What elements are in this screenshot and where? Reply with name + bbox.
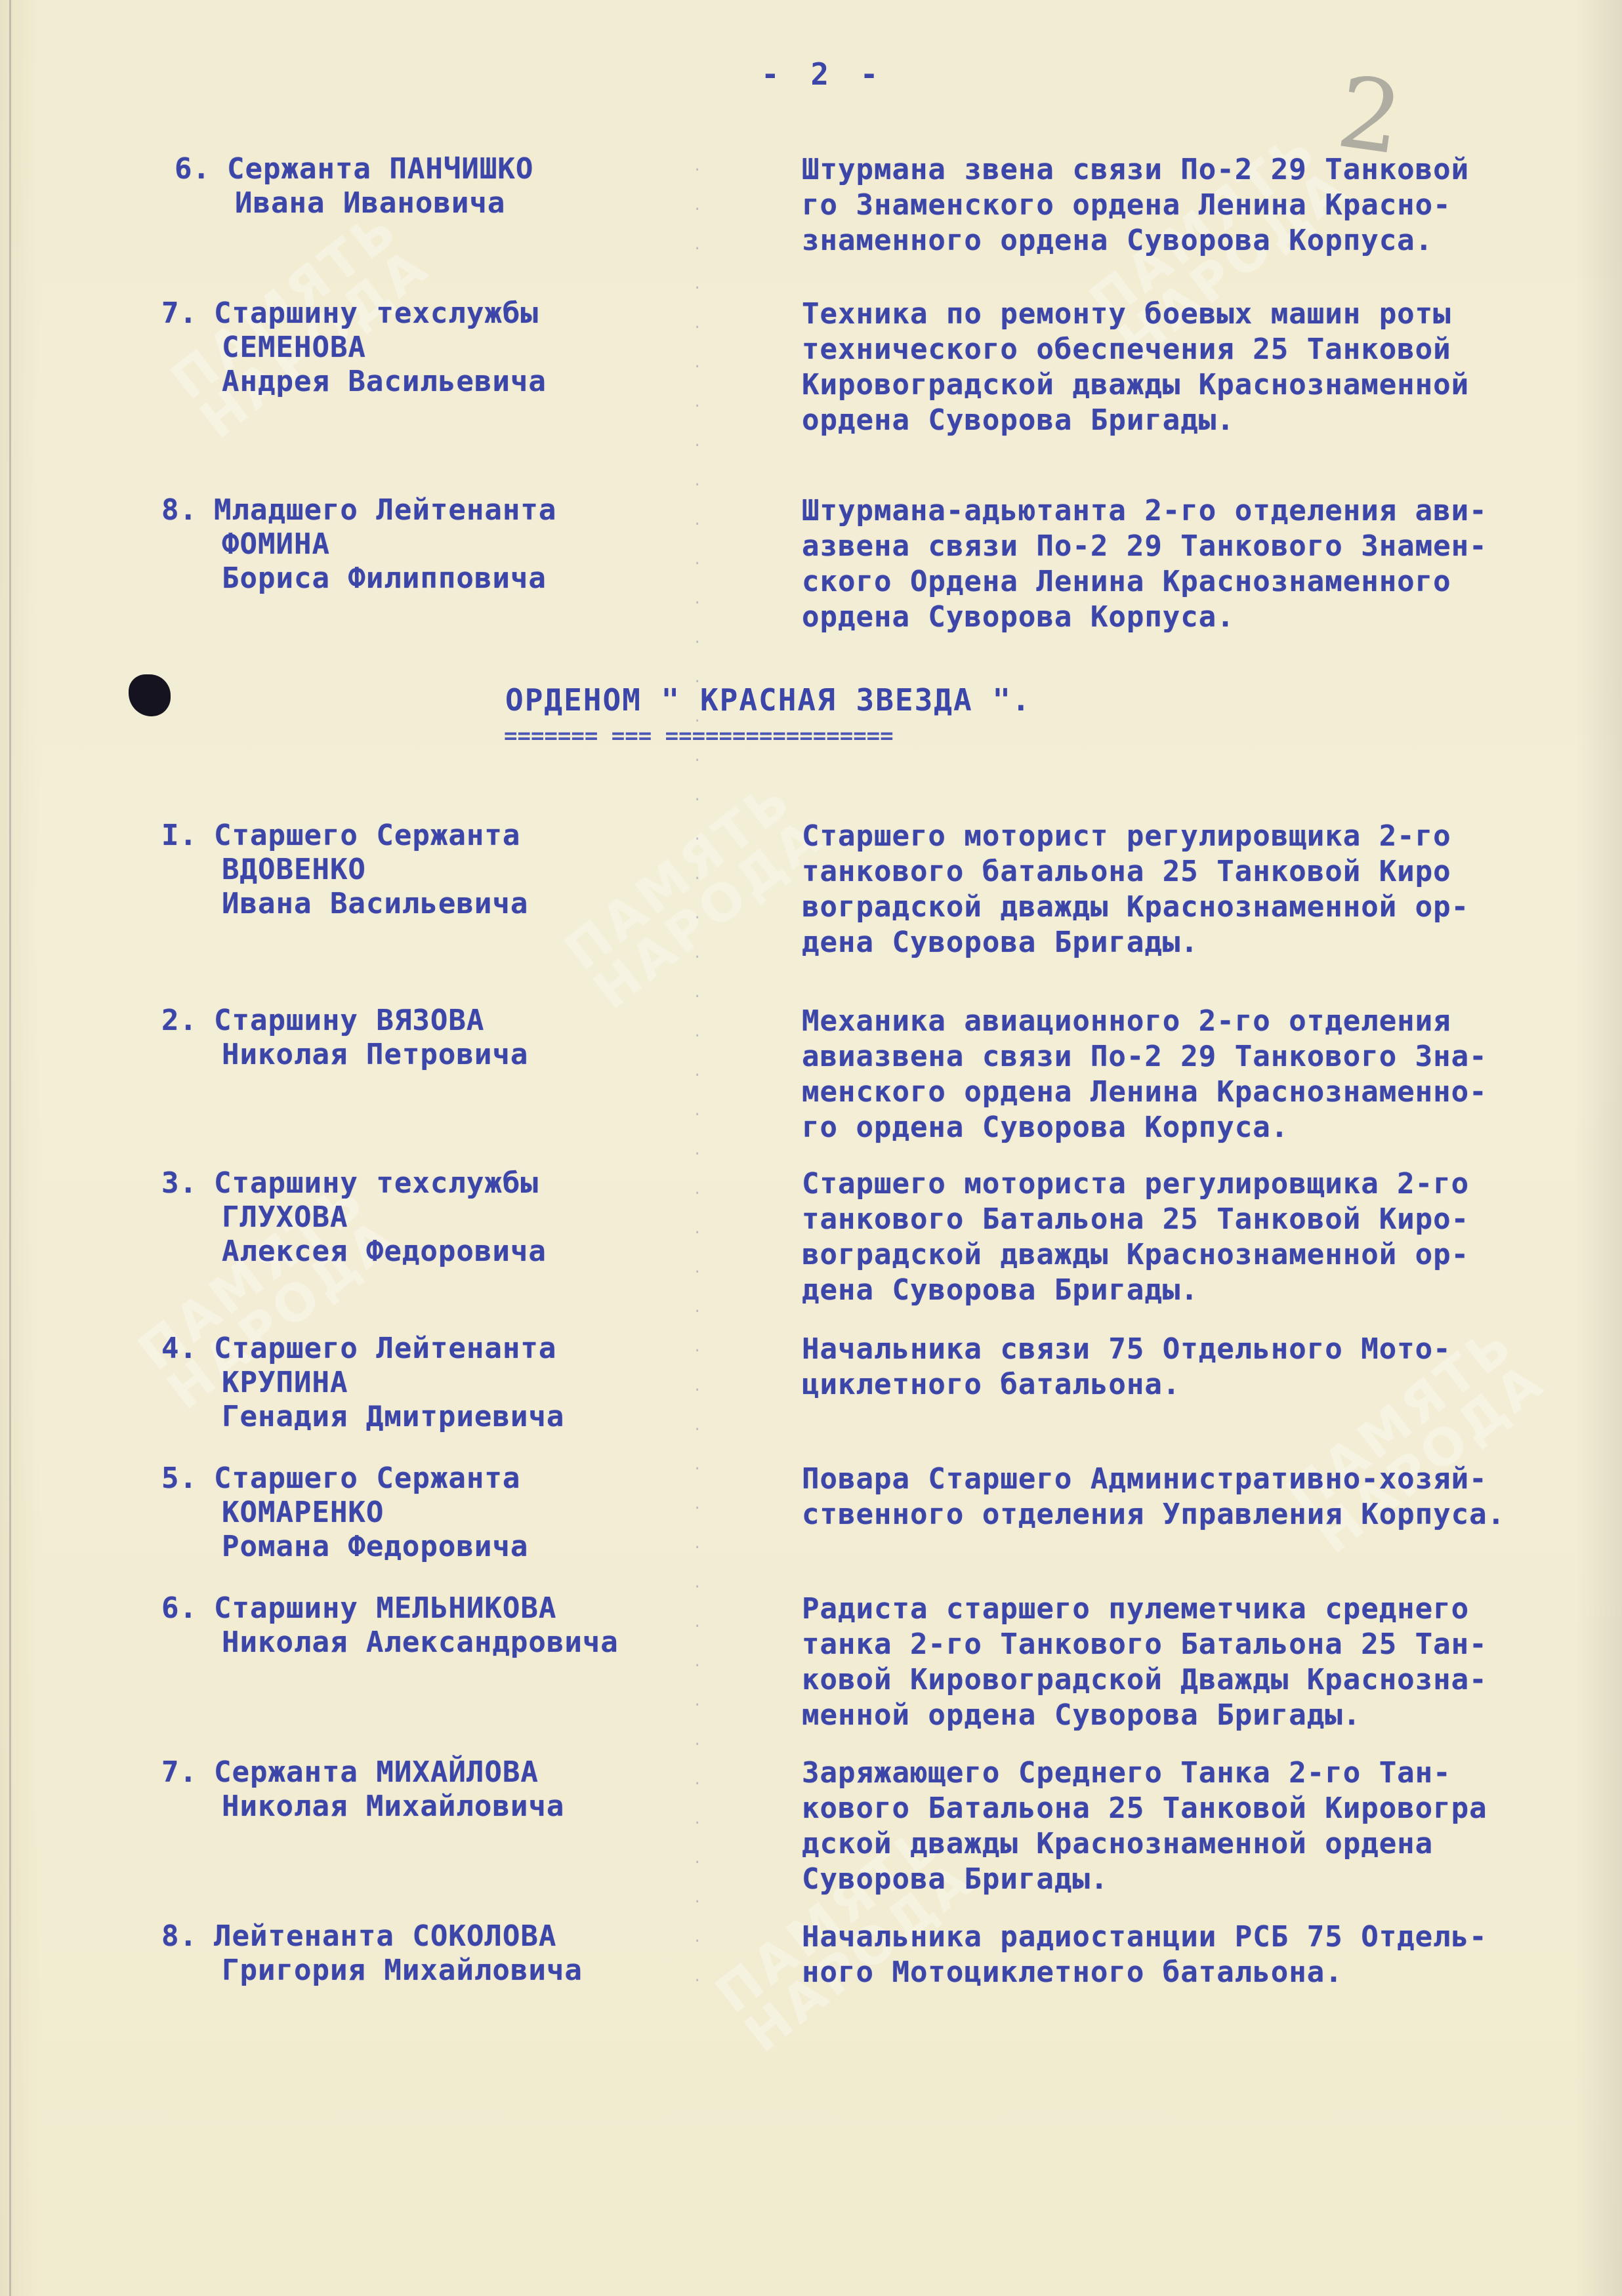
position-line: Старшего моторист регулировщика 2-го — [802, 819, 1469, 854]
page-number: - 2 - — [761, 56, 884, 92]
entry-given-names: Ивана Ивановича — [175, 186, 533, 220]
entry-surname: МЕЛЬНИКОВА — [376, 1591, 556, 1625]
entry-position-description: Штурмана-адьютанта 2-го отделения ави-аз… — [802, 493, 1487, 635]
entry-position-description: Старшего моториста регулировщика 2-готан… — [802, 1166, 1469, 1308]
position-line: авиазвена связи По-2 29 Танкового Зна- — [802, 1039, 1487, 1075]
entry-position-description: Механика авиационного 2-го отделенияавиа… — [802, 1004, 1487, 1145]
position-line: Штурмана-адьютанта 2-го отделения ави- — [802, 493, 1487, 529]
entry-position-description: Заряжающего Среднего Танка 2-го Тан-ково… — [802, 1755, 1487, 1897]
entry-given-names: Григория Михайловича — [161, 1954, 583, 1988]
entry-position-description: Радиста старшего пулеметчика среднеготан… — [802, 1591, 1487, 1733]
entry-number: 2. — [161, 1004, 214, 1038]
entry-surname: СОКОЛОВА — [412, 1919, 556, 1953]
award-entry-name: 4.Старшего ЛейтенантаКРУПИНАГенадия Дмит… — [161, 1332, 564, 1434]
entry-surname: КОМАРЕНКО — [161, 1496, 528, 1530]
entry-given-names: Ивана Васильевича — [161, 887, 528, 921]
entry-number: 3. — [161, 1166, 214, 1200]
entry-rank: Старшину техслужбы — [214, 1166, 539, 1200]
entry-surname: ПАНЧИШКО — [389, 152, 533, 186]
position-line: дена Суворова Бригады. — [802, 925, 1469, 960]
position-line: азвена связи По-2 29 Танкового Знамен- — [802, 529, 1487, 564]
position-line: ковой Кировоградской Дважды Краснозна- — [802, 1662, 1487, 1698]
entry-position-description: Повара Старшего Административно-хозяй-ст… — [802, 1462, 1505, 1532]
position-line: Начальника связи 75 Отдельного Мото- — [802, 1332, 1451, 1367]
column-divider: · · · · · · · · · · · · · · · · · · · · … — [693, 151, 706, 2001]
entry-rank: Старшину техслужбы — [214, 297, 539, 330]
entry-number: 7. — [161, 297, 214, 331]
position-line: Заряжающего Среднего Танка 2-го Тан- — [802, 1755, 1487, 1791]
award-entry-name: 6.Старшину МЕЛЬНИКОВАНиколая Александров… — [161, 1591, 619, 1660]
entry-surname: МИХАЙЛОВА — [376, 1755, 538, 1789]
position-line: ордена Суворова Корпуса. — [802, 600, 1487, 635]
entry-surname: ВДОВЕНКО — [161, 853, 528, 887]
award-entry-name: 8.Лейтенанта СОКОЛОВАГригория Михайлович… — [161, 1919, 583, 1988]
entry-position-description: Техника по ремонту боевых машин ротытехн… — [802, 297, 1469, 438]
entry-given-names: Алексея Федоровича — [161, 1235, 547, 1269]
entry-rank: Старшего Сержанта — [214, 1462, 520, 1495]
position-line: ного Мотоциклетного батальона. — [802, 1955, 1487, 1990]
entry-given-names: Бориса Филипповича — [161, 562, 556, 596]
position-line: Повара Старшего Административно-хозяй- — [802, 1462, 1505, 1497]
award-entry-name: 6.Сержанта ПАНЧИШКОИвана Ивановича — [175, 152, 533, 220]
position-line: воградской дважды Краснознаменной ор- — [802, 890, 1469, 925]
position-line: менной ордена Суворова Бригады. — [802, 1698, 1487, 1733]
position-line: кового Батальона 25 Танковой Кировогра — [802, 1791, 1487, 1826]
position-line: ордена Суворова Бригады. — [802, 403, 1469, 438]
position-line: менского ордена Ленина Краснознаменно- — [802, 1075, 1487, 1110]
entry-rank: Лейтенанта — [214, 1919, 394, 1953]
entry-rank: Старшего Сержанта — [214, 819, 520, 852]
award-entry-name: 7.Сержанта МИХАЙЛОВАНиколая Михайловича — [161, 1755, 564, 1824]
award-entry-name: 5.Старшего СержантаКОМАРЕНКОРомана Федор… — [161, 1462, 528, 1564]
position-line: Радиста старшего пулеметчика среднего — [802, 1591, 1487, 1627]
entry-given-names: Николая Александровича — [161, 1626, 619, 1660]
entry-rank: Сержанта — [227, 152, 371, 186]
entry-position-description: Штурмана звена связи По-2 29 Танковойго … — [802, 152, 1469, 258]
position-line: танкового батальона 25 Танковой Киро — [802, 854, 1469, 890]
entry-surname: ГЛУХОВА — [161, 1200, 547, 1235]
punch-hole — [129, 674, 171, 716]
position-line: Кировоградской дважды Краснознаменной — [802, 367, 1469, 403]
position-line: дской дважды Краснознаменной ордена — [802, 1826, 1487, 1862]
page-edge — [9, 0, 11, 2296]
position-line: го Знаменского ордена Ленина Красно- — [802, 188, 1469, 223]
position-line: ственного отделения Управления Корпуса. — [802, 1497, 1505, 1532]
entry-surname: КРУПИНА — [161, 1366, 564, 1400]
position-line: Техника по ремонту боевых машин роты — [802, 297, 1469, 332]
entry-rank: Старшину — [214, 1004, 358, 1037]
entry-given-names: Романа Федоровича — [161, 1530, 528, 1564]
entry-rank: Младшего Лейтенанта — [214, 493, 556, 527]
entry-given-names: Генадия Дмитриевича — [161, 1400, 564, 1434]
award-entry-name: 7.Старшину техслужбыСЕМЕНОВААндрея Васил… — [161, 297, 547, 399]
position-line: дена Суворова Бригады. — [802, 1273, 1469, 1308]
entry-number: I. — [161, 819, 214, 853]
entry-surname: ФОМИНА — [161, 527, 556, 562]
award-entry-name: 2.Старшину ВЯЗОВАНиколая Петровича — [161, 1004, 528, 1072]
entry-rank: Старшего Лейтенанта — [214, 1332, 556, 1365]
entry-number: 6. — [161, 1591, 214, 1626]
entry-number: 6. — [175, 152, 227, 186]
entry-surname: СЕМЕНОВА — [161, 331, 547, 365]
heading-underline: ======= === ================= — [504, 723, 894, 749]
position-line: танкового Батальона 25 Танковой Киро- — [802, 1202, 1469, 1237]
entry-position-description: Начальника связи 75 Отдельного Мото-цикл… — [802, 1332, 1451, 1403]
document-page: 2 ПАМЯТЬНАРОДА ПАМЯТЬНАРОДА ПАМЯТЬНАРОДА… — [0, 0, 1622, 2296]
section-heading-red-star: ОРДЕНОМ " КРАСНАЯ ЗВЕЗДА ". — [505, 682, 1031, 718]
award-entry-name: 3.Старшину техслужбыГЛУХОВААлексея Федор… — [161, 1166, 547, 1269]
entry-surname: ВЯЗОВА — [376, 1004, 484, 1037]
entry-position-description: Начальника радиостанции РСБ 75 Отдель-но… — [802, 1919, 1487, 1990]
entry-number: 8. — [161, 493, 214, 527]
position-line: Штурмана звена связи По-2 29 Танковой — [802, 152, 1469, 188]
position-line: Старшего моториста регулировщика 2-го — [802, 1166, 1469, 1202]
entry-given-names: Андрея Васильевича — [161, 365, 547, 399]
award-entry-name: 8.Младшего ЛейтенантаФОМИНАБориса Филипп… — [161, 493, 556, 596]
position-line: воградской дважды Краснознаменной ор- — [802, 1237, 1469, 1273]
position-line: знаменного ордена Суворова Корпуса. — [802, 223, 1469, 258]
position-line: циклетного батальона. — [802, 1367, 1451, 1403]
position-line: танка 2-го Танкового Батальона 25 Тан- — [802, 1627, 1487, 1662]
position-line: ского Ордена Ленина Краснознаменного — [802, 564, 1487, 600]
position-line: Суворова Бригады. — [802, 1862, 1487, 1897]
entry-rank: Сержанта — [214, 1755, 358, 1789]
entry-number: 4. — [161, 1332, 214, 1366]
entry-number: 7. — [161, 1755, 214, 1790]
position-line: технического обеспечения 25 Танковой — [802, 332, 1469, 367]
position-line: го ордена Суворова Корпуса. — [802, 1110, 1487, 1145]
entry-rank: Старшину — [214, 1591, 358, 1625]
entry-position-description: Старшего моторист регулировщика 2-готанк… — [802, 819, 1469, 960]
position-line: Начальника радиостанции РСБ 75 Отдель- — [802, 1919, 1487, 1955]
position-line: Механика авиационного 2-го отделения — [802, 1004, 1487, 1039]
entry-given-names: Николая Михайловича — [161, 1790, 564, 1824]
entry-number: 8. — [161, 1919, 214, 1954]
entry-number: 5. — [161, 1462, 214, 1496]
award-entry-name: I.Старшего СержантаВДОВЕНКОИвана Василье… — [161, 819, 528, 921]
entry-given-names: Николая Петровича — [161, 1038, 528, 1072]
